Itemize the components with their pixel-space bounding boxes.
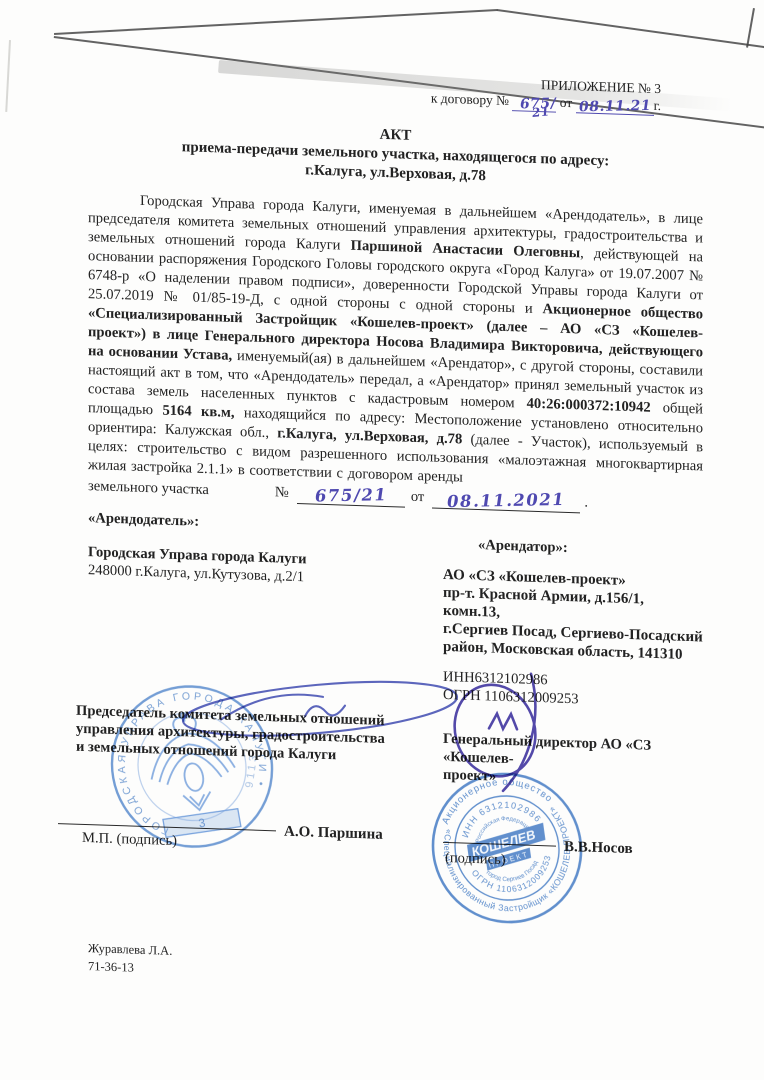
no-label: № [275, 482, 289, 502]
signature-rule [443, 841, 556, 847]
signatory-titles: Председатель комитета земельных отношени… [88, 702, 703, 792]
scanned-page: ПРИЛОЖЕНИЕ № 3 к договору № 675/21 от 08… [0, 0, 764, 1080]
scan-edge-tick [746, 8, 755, 48]
tenant-heading: «Арендатор»: [443, 536, 703, 562]
ot-label: от [411, 487, 424, 507]
tenant-column: «Арендатор»: АО «СЗ «Кошелев-проект» пр-… [443, 522, 703, 713]
tenant-name-address: АО «СЗ «Кошелев-проект» пр-т. Красной Ар… [443, 566, 703, 665]
handwritten-contract-date: 08.11.21 [576, 94, 654, 116]
parties-section: «Арендодатель»: Городская Управа города … [88, 510, 703, 712]
tenant-ids: ИНН6312102986 ОГРН 1106312009253 [443, 668, 703, 713]
landlord-heading: «Арендодатель»: [88, 510, 443, 539]
executor-footer: Журавлева Л.А. 71-36-13 [88, 939, 703, 995]
scan-edge-line [497, 9, 764, 48]
period: . [584, 493, 588, 513]
document-title: АКТ приема-передачи земельного участка, … [88, 116, 703, 193]
landlord-signature-note: М.П. (подпись) [82, 830, 443, 859]
landlord-column: «Арендодатель»: Городская Управа города … [88, 510, 443, 704]
scan-left-edge [5, 40, 11, 112]
main-paragraph: Городская Управа города Калуги, именуема… [88, 190, 703, 495]
document-content: ПРИЛОЖЕНИЕ № 3 к договору № 675/21 от 08… [55, 60, 703, 995]
contract-prefix: к договору № [431, 90, 509, 108]
handwritten-contract-number: 675/21 [512, 92, 556, 112]
landlord-signatory-name: А.О. Паршина [284, 824, 383, 843]
scan-edge-line [54, 9, 497, 35]
handwritten-number-field: 675/21 [297, 482, 405, 508]
landlord-title: Председатель комитета земельных отношени… [76, 702, 443, 784]
g-label: г. [654, 98, 661, 113]
ot-label: от [560, 95, 572, 110]
plot-address: г.Калуга, ул.Верховая, д.78 [277, 425, 462, 447]
handwritten-date-field: 08.11.2021 [432, 487, 580, 514]
plot-area: 5164 кв.м, [162, 403, 234, 421]
cadastral-number: 40:26:000372:10942 [527, 396, 651, 416]
appendix-header: ПРИЛОЖЕНИЕ № 3 к договору № 675/21 от 08… [88, 61, 703, 117]
tenant-title: Генеральный директор АО «СЗ «Кошелев- пр… [443, 730, 703, 793]
tenant-signatory-name: В.В.Носов [564, 839, 633, 857]
paragraph-tail: земельного участка [88, 476, 209, 500]
landlord-signature-block: А.О. Паршина М.П. (подпись) [88, 817, 443, 867]
signature-section: А.О. Паршина М.П. (подпись) В.В.Носов (п… [88, 817, 703, 875]
tenant-signature-block: В.В.Носов (подпись) [443, 835, 703, 876]
